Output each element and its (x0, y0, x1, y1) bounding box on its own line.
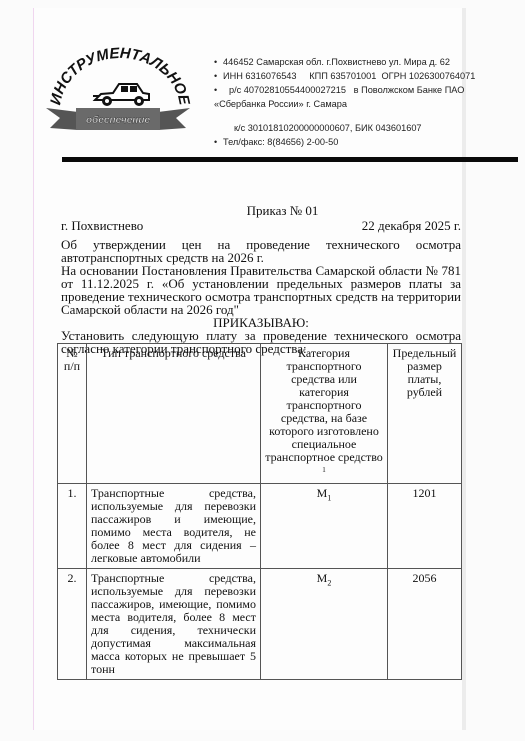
company-requisites: •446452 Самарская обл. г.Похвистнево ул.… (214, 55, 484, 149)
requisite-phone: •Тел/факс: 8(84656) 2-00-50 (214, 135, 484, 149)
order-body: Об утверждении цен на проведение техниче… (61, 238, 461, 355)
table-header-row: № п/п Тип транспортного средства Категор… (58, 344, 462, 484)
requisite-address: •446452 Самарская обл. г.Похвистнево ул.… (214, 55, 484, 69)
order-city: г. Похвистнево (61, 218, 143, 234)
table-row: 1. Транспортные средства, используемые д… (58, 484, 462, 569)
header-category: Категория транспортного средства или кат… (261, 344, 388, 484)
header-type: Тип транспортного средства (87, 344, 261, 484)
row-type: Транспортные средства, используемые для … (87, 569, 261, 680)
header-num: № п/п (58, 344, 87, 484)
letterhead-divider (62, 157, 518, 162)
footnote-marker: 1 (322, 466, 326, 474)
header-price: Предельный размер платы, рублей (388, 344, 462, 484)
row-num: 2. (58, 569, 87, 680)
scan-edge-left (33, 8, 34, 730)
row-price: 2056 (388, 569, 462, 680)
row-category: M2 (261, 569, 388, 680)
requisite-corr-account: к/с 30101810200000000607, БИК 043601607 (214, 121, 484, 135)
bullet-icon: • (214, 55, 223, 69)
row-price: 1201 (388, 484, 462, 569)
company-logo: ИНСТРУМЕНТАЛЬНОЕ обеспечение (38, 38, 198, 148)
order-subject: Об утверждении цен на проведение техниче… (61, 238, 461, 264)
order-date: 22 декабря 2025 г. (362, 218, 461, 234)
requisite-bank: «Сбербанка России» г. Самара (214, 97, 484, 111)
order-title: Приказ № 01 (0, 203, 525, 219)
inspection-fees-table: № п/п Тип транспортного средства Категор… (57, 343, 462, 680)
vintage-car-icon (93, 84, 149, 106)
requisite-account: •р/с 40702810554400027215 в Поволжском Б… (214, 83, 484, 97)
bullet-icon: • (214, 135, 223, 149)
bullet-icon: • (214, 69, 223, 83)
row-category: M1 (261, 484, 388, 569)
requisite-ids: •ИНН 6316076543 КПП 635701001 ОГРН 10263… (214, 69, 484, 83)
row-type: Транспортные средства, используемые для … (87, 484, 261, 569)
bullet-icon: • (214, 83, 223, 97)
row-num: 1. (58, 484, 87, 569)
logo-ribbon: обеспечение (46, 108, 190, 130)
svg-text:обеспечение: обеспечение (86, 114, 151, 126)
table-row: 2. Транспортные средства, используемые д… (58, 569, 462, 680)
order-basis: На основании Постановления Правительства… (61, 264, 461, 316)
